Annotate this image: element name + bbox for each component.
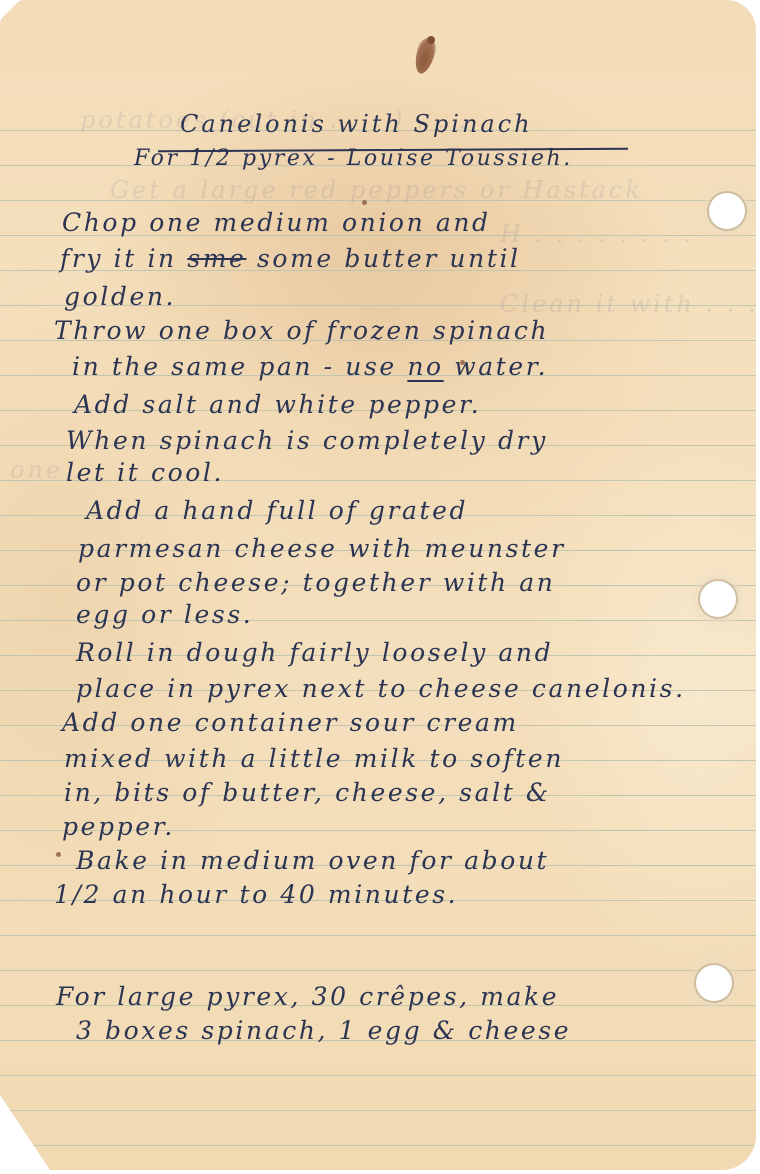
recipe-subtitle: For 1/2 pyrex - Louise Toussieh. [134,148,573,170]
recipe-line: let it cool. [66,460,224,485]
ruled-line [0,970,756,971]
recipe-line: mixed with a little milk to soften [64,746,564,771]
ruled-line [0,935,756,936]
binder-hole [696,965,732,1001]
show-through-text: Clean it with . . . and . . . [500,290,756,318]
recipe-line: golden. [64,284,176,309]
recipe-title: Canelonis with Spinach [180,112,533,136]
recipe-line: place in pyrex next to cheese canelonis. [76,676,686,701]
ruled-line [0,1075,756,1076]
recipe-line: parmesan cheese with meunster [78,536,566,561]
ruled-line [0,1110,756,1111]
stain-dot [362,200,367,205]
recipe-line: Roll in dough fairly loosely and [76,640,553,665]
recipe-line: Add a hand full of grated [86,498,468,523]
recipe-line: Add salt and white pepper. [74,392,481,417]
recipe-line-part: some butter until [246,244,520,273]
footnote-line: 3 boxes spinach, 1 egg & cheese [76,1018,571,1043]
recipe-line: in the same pan - use no water. [72,354,548,379]
recipe-line-part: in the same pan - use [72,352,407,381]
footnote-line: For large pyrex, 30 crêpes, make [56,984,559,1009]
ruled-line [0,1145,756,1146]
recipe-line: Add one container sour cream [62,710,519,735]
recipe-line: egg or less. [76,602,253,627]
recipe-line: Bake in medium oven for about [76,848,549,873]
show-through-text: H . . . . . . . . [500,220,694,248]
recipe-line: 1/2 an hour to 40 minutes. [54,882,458,907]
recipe-line: pepper. [62,814,175,839]
stain-dot [56,852,61,857]
recipe-line: fry it in sme some butter until [60,246,521,271]
binder-hole [709,193,745,229]
struck-word: sme [187,244,246,273]
show-through-text: Get a large red peppers or Hastack [110,176,643,204]
recipe-line-part: water. [444,352,548,381]
torn-corner-edge [1,1128,47,1167]
recipe-line: Throw one box of frozen spinach [54,318,549,343]
underlined-word: no [407,352,443,381]
recipe-line-part: fry it in [60,244,187,273]
stain-drip-top [427,36,435,44]
recipe-line: or pot cheese; together with an [76,570,556,595]
recipe-line: Chop one medium onion and [62,210,491,235]
recipe-line: in, bits of butter, cheese, salt & [64,780,551,805]
binder-hole [700,581,736,617]
recipe-line: When spinach is completely dry [66,428,548,453]
recipe-card: potatoes (cut in . . . ) . . . Get a lar… [0,0,756,1170]
